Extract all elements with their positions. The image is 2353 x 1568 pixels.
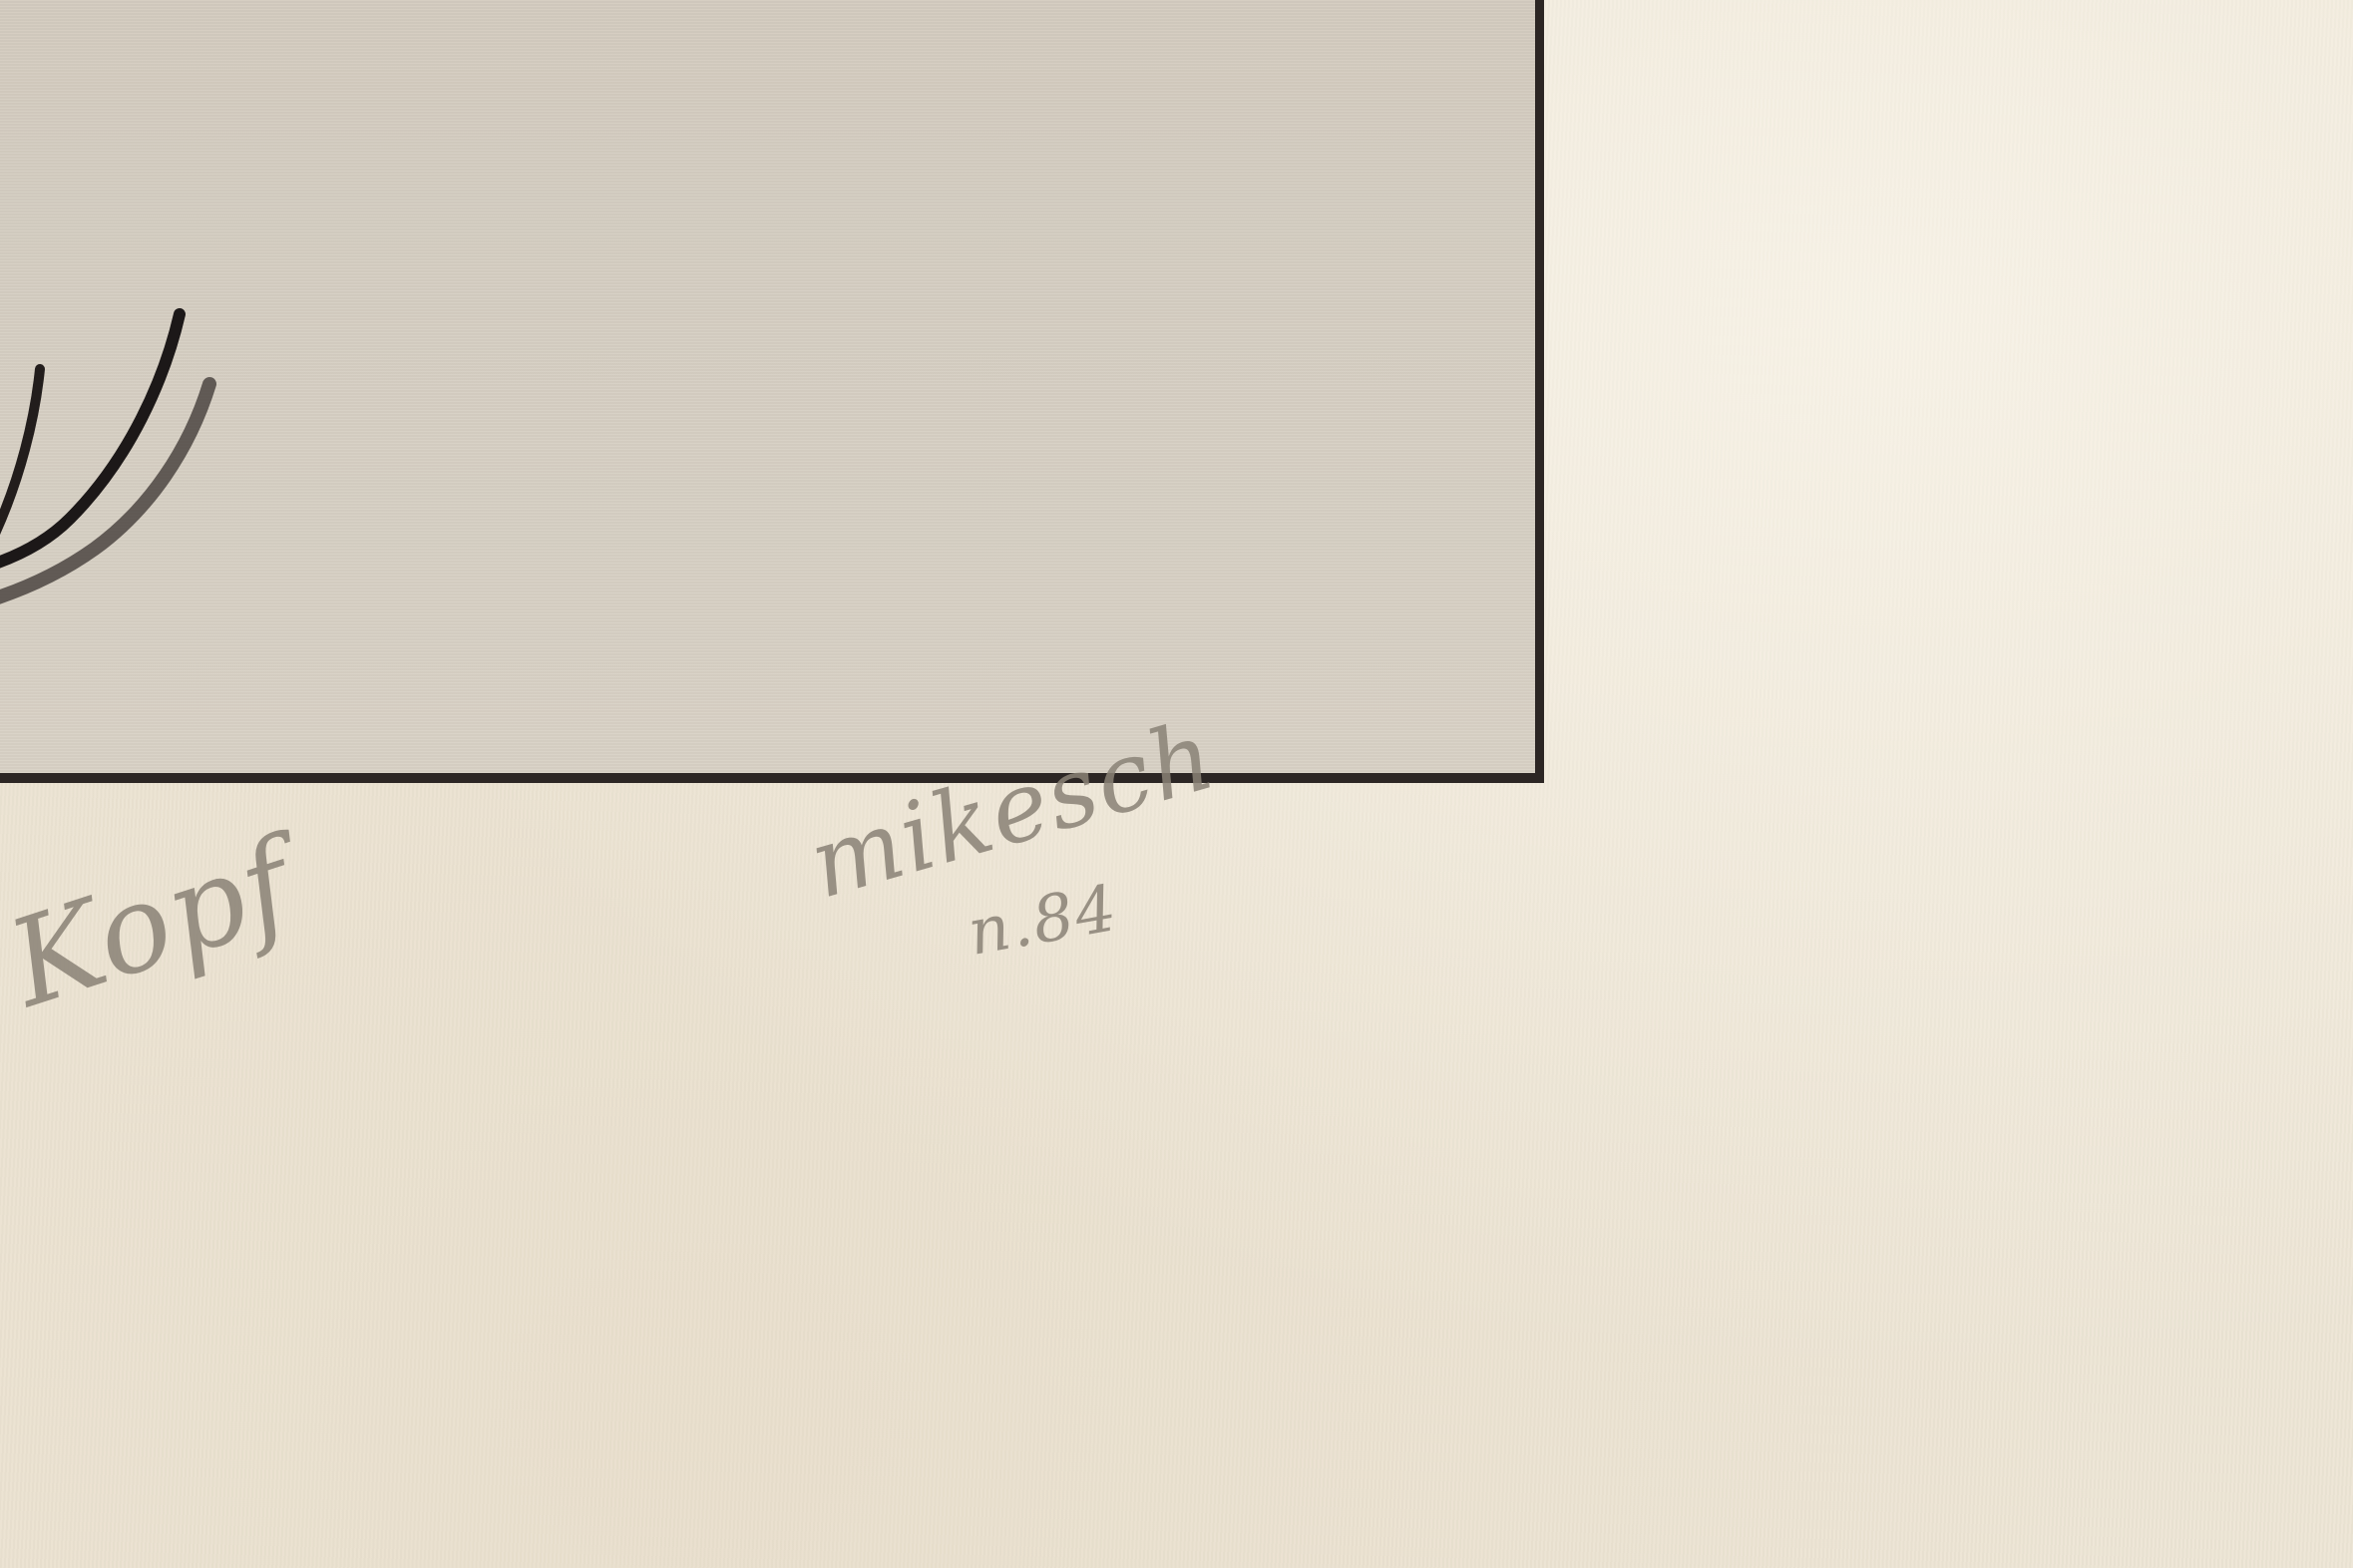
etched-motif (0, 289, 239, 628)
etching-plate (0, 0, 1544, 783)
